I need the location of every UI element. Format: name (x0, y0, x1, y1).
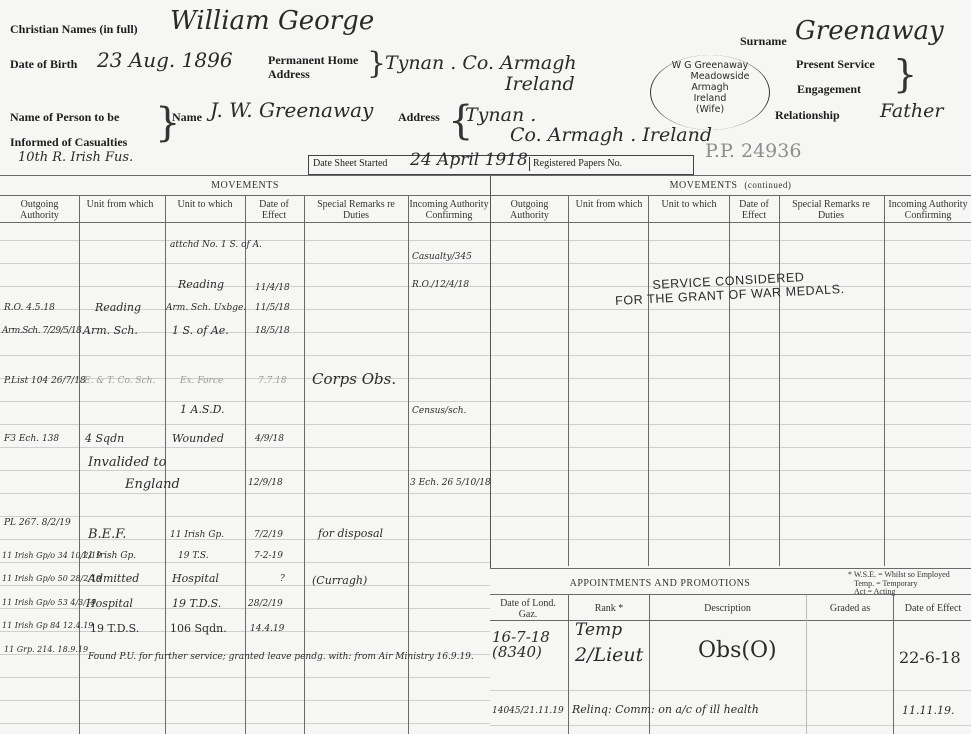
movement-cell: Hospital (172, 572, 219, 585)
movement-cell: 11 Irish Gp 84 12.4.19 (2, 621, 93, 630)
dob-label: Date of Birth (10, 57, 77, 72)
movement-cell: Wounded (172, 432, 224, 445)
col-graded-as: Graded as (806, 603, 894, 614)
rule (490, 568, 971, 569)
movement-cell: 18/5/18 (255, 326, 290, 336)
movement-cell: Arm.Sch. 7/29/5/18 (2, 326, 81, 336)
appointment-effect: 22-6-18 (899, 648, 961, 667)
christian-names-value: William George (170, 6, 374, 36)
movement-cell: 3 Ech. 26 5/10/18 (410, 478, 491, 488)
col-unit-from: Unit from which (80, 199, 160, 210)
rank-legend: * W.S.E. = Whilst so Employed Temp. = Te… (848, 571, 950, 597)
divider (529, 157, 530, 171)
movement-cell: 12/9/18 (248, 478, 283, 488)
relationship-value: Father (880, 100, 943, 122)
unit-note: 10th R. Irish Fus. (18, 150, 133, 165)
rule (490, 725, 971, 726)
home-address-line2: Ireland (505, 73, 575, 95)
movement-cell: 7/2/19 (254, 530, 283, 540)
col-date-gazette: Date of Lond. Gaz. (492, 598, 564, 620)
title-text: MOVEMENTS (670, 180, 738, 191)
nok-address-label: Address (398, 110, 440, 125)
wife-note-line: Ireland (660, 93, 760, 104)
movement-cell: PL 267. 8/2/19 (4, 518, 71, 528)
column-divider (884, 196, 885, 566)
movement-cell: R.O./12/4/18 (412, 280, 469, 290)
col-special-remarks: Special Remarks re Duties (780, 199, 882, 221)
col-incoming-authority: Incoming Authority Confirming (408, 199, 490, 221)
rule (0, 222, 971, 223)
movement-cell: Ex. Force (180, 376, 223, 386)
movements-continued-title: MOVEMENTS (continued) (490, 180, 971, 191)
col-unit-from: Unit from which (570, 199, 648, 210)
col-date-effect: Date of Effect (246, 199, 302, 221)
col-date-effect: Date of Effect (895, 603, 971, 614)
brace: } (367, 46, 386, 81)
col-special-remarks: Special Remarks re Duties (305, 199, 407, 221)
movement-cell: Casualty/345 (412, 252, 472, 262)
legend-line: Act = Acting (848, 588, 950, 597)
wife-note-line: Armagh (660, 82, 760, 93)
movement-cell: E. & T. Co. Sch. (84, 376, 155, 386)
brace: } (893, 52, 917, 96)
movement-cell: Found P.U. for further service; granted … (88, 652, 474, 662)
relationship-label: Relationship (775, 108, 840, 123)
movement-cell: 19 T.D.S. (172, 597, 221, 610)
appointment-effect: 11.11.19. (902, 704, 954, 717)
wife-address-text: W G Greenaway Meadowside Armagh Ireland … (660, 60, 760, 115)
engagement-label: Engagement (797, 82, 861, 97)
nok-label-2: Informed of Casualties (10, 135, 127, 150)
movement-cell: 4/9/18 (255, 434, 284, 444)
movement-cell: 106 Sqdn. (170, 622, 227, 635)
appointments-title: APPOINTMENTS AND PROMOTIONS (490, 578, 830, 589)
col-outgoing-authority: Outgoing Authority (2, 199, 77, 221)
column-divider (568, 595, 569, 734)
nok-address-line2: Co. Armagh . Ireland (510, 124, 712, 146)
movement-cell: 7-2-19 (254, 551, 283, 561)
movement-cell: 11/4/18 (255, 283, 290, 293)
rule (490, 690, 971, 691)
movement-cell: 14.4.19 (250, 624, 284, 634)
movement-cell: 7.7.18 (258, 376, 287, 386)
appointment-rank: 2/Lieut (575, 644, 643, 666)
present-service-label: Present Service (796, 57, 875, 72)
movement-cell: ? (280, 574, 285, 584)
movement-cell: for disposal (318, 527, 383, 540)
movement-cell: 11 Irish Gp. (170, 530, 224, 540)
nok-name-label: Name (172, 110, 202, 125)
movements-title: MOVEMENTS (0, 180, 490, 191)
appointment-rank: Relinq: Comm: on a/c of ill health (572, 703, 759, 716)
col-unit-to: Unit to which (166, 199, 244, 210)
movement-cell: England (125, 477, 180, 492)
appointment-rank: Temp (575, 620, 622, 640)
surname-value: Greenaway (795, 16, 944, 46)
movement-cell: Admitted (88, 572, 139, 585)
appointment-gazette: 16-7-18 (8340) (492, 630, 564, 660)
rule (0, 195, 971, 196)
date-sheet-started-label: Date Sheet Started (313, 158, 387, 169)
movement-cell: 28/2/19 (248, 599, 283, 609)
column-divider (648, 196, 649, 566)
home-address-label-2: Address (268, 67, 310, 82)
nok-address-line1: Tynan . (465, 104, 536, 126)
movement-cell: 19 T.S. (178, 551, 209, 561)
movement-cell: Arm. Sch. Uxbge. (166, 303, 246, 313)
war-medals-stamp: SERVICE CONSIDERED FOR THE GRANT OF WAR … (652, 268, 845, 306)
movement-cell: 1 A.S.D. (180, 403, 225, 416)
movement-cell: 11 Irish Gp/o 50 28/2/19 (2, 574, 101, 583)
registered-papers-value: P.P. 24936 (705, 140, 801, 162)
column-divider (806, 595, 807, 734)
movement-cell: Census/sch. (412, 406, 466, 416)
movement-cell: R.O. 4.5.18 (4, 303, 55, 313)
rule (490, 620, 971, 621)
movement-cell: Reading (95, 301, 141, 314)
column-divider (779, 196, 780, 566)
movement-cell: attchd No. 1 S. of A. (170, 240, 262, 250)
nok-label-1: Name of Person to be (10, 110, 119, 125)
movement-cell: Hospital (86, 597, 133, 610)
column-divider (893, 595, 894, 734)
movement-cell: F3 Ech. 138 (4, 434, 59, 444)
col-outgoing-authority: Outgoing Authority (492, 199, 567, 221)
movement-cell: (Curragh) (312, 574, 367, 587)
movement-cell: 11 Grp. 214. 18.9.19 (4, 645, 88, 654)
surname-label: Surname (740, 34, 787, 49)
movement-cell: 11/5/18 (255, 303, 290, 313)
wife-note-line: (Wife) (660, 104, 760, 115)
movement-cell: 11 Irish Gp. (82, 551, 136, 561)
home-address-label: Permanent Home (268, 53, 358, 68)
christian-names-label: Christian Names (in full) (10, 22, 138, 37)
appointment-gazette: 14045/21.11.19 (492, 706, 564, 716)
wife-note-line: W G Greenaway (660, 60, 760, 71)
home-address-line1: Tynan . Co. Armagh (385, 52, 577, 74)
movement-cell: B.E.F. (88, 527, 126, 542)
movement-cell: Arm. Sch. (83, 324, 138, 337)
column-divider (729, 196, 730, 566)
column-divider (568, 196, 569, 566)
dob-value: 23 Aug. 1896 (97, 48, 233, 72)
movement-cell: 19 T.D.S. (90, 622, 139, 635)
movement-cell: Invalided to (88, 455, 166, 470)
movement-cell: 1 S. of Ae. (172, 324, 229, 337)
col-description: Description (650, 603, 805, 614)
movement-cell: 11 Irish Gp/o 53 4/3/19 (2, 598, 96, 607)
movement-cell: P.List 104 26/7/18 (4, 376, 86, 386)
title-suffix: (continued) (744, 180, 791, 190)
col-date-effect: Date of Effect (730, 199, 778, 221)
col-unit-to: Unit to which (649, 199, 729, 210)
col-incoming-authority: Incoming Authority Confirming (885, 199, 971, 221)
appointment-description: Obs(O) (698, 638, 777, 663)
rule (0, 175, 971, 176)
date-sheet-started-value: 24 April 1918 (410, 150, 528, 170)
nok-name-value: J. W. Greenaway (210, 98, 373, 122)
wife-note-line: Meadowside (660, 71, 760, 82)
movement-cell: Corps Obs. (312, 370, 396, 388)
registered-papers-label: Registered Papers No. (533, 158, 622, 169)
movement-cell: Reading (178, 278, 224, 291)
col-rank: Rank * (570, 603, 648, 614)
movement-cell: 4 Sqdn (85, 432, 124, 445)
